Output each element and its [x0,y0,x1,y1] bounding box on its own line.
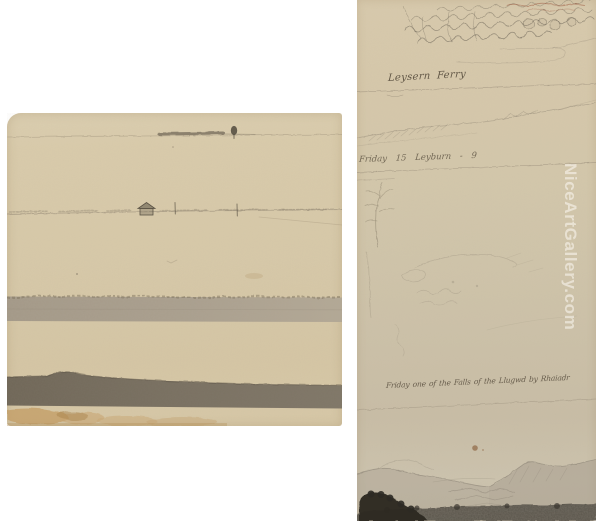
left-sketch-drawing [7,113,342,426]
left-sketch-panel [7,113,342,426]
right-sketch-panel: Leysern Ferry Friday 15 Leyburn - 9 Frid… [357,0,596,521]
light-gray-wash-band [7,297,342,323]
auction-photo-of-two-sketches: Leysern Ferry Friday 15 Leyburn - 9 Frid… [0,0,600,521]
distant-ridge-strip [159,133,223,134]
